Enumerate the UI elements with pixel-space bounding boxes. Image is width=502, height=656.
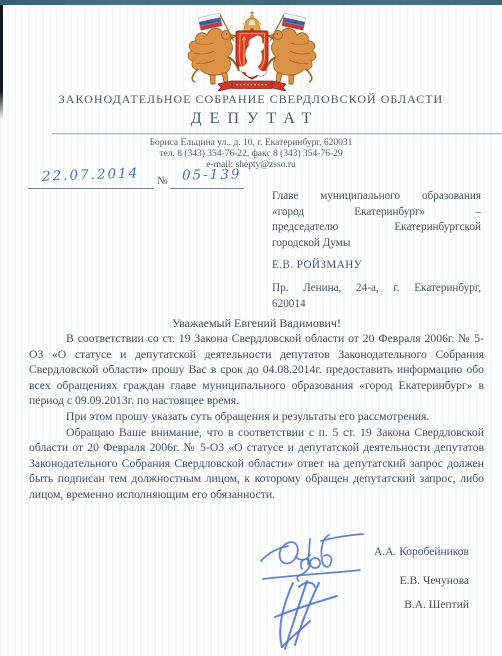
recipient-address-line: Пр. Ленина, 24-а, г. Екатеринбург, [272,281,481,297]
handwritten-signatures-icon [255,528,380,656]
date-handwritten: 22.07.2014 [42,165,140,184]
number-sign: № [157,175,168,187]
number-underline [170,188,244,189]
signatory-name: А.А. Коробейников [374,546,469,558]
recipient-line: городской Думы [272,236,481,252]
letter-body: Уважаемый Евгений Вадимович! В соответст… [29,308,484,503]
body-paragraph: Обращаю Ваше внимание, что в соответстви… [29,425,484,503]
letterhead-phone-fax: тел. 8 (343) 354-76-22, факс 8 (343) 354… [0,149,502,160]
letterhead-contacts: Бориса Ельцина ул., д. 10, г. Екатеринбу… [0,138,502,170]
recipient-line: председателю Екатеринбургской [272,220,481,236]
body-paragraph: При этом прошу указать суть обращения и … [29,409,484,425]
body-paragraph: В соответствии со ст. 19 Закона Свердлов… [29,331,484,409]
scan-edge-top [0,0,502,5]
scanned-letter-page: ЗАКОНОДАТЕЛЬНОЕ СОБРАНИЕ СВЕРДЛОВСКОЙ ОБ… [0,0,502,656]
number-handwritten: 05-139 [182,166,242,183]
deputy-title: ДЕПУТАТ [0,110,502,128]
crown-icon [243,11,261,33]
letterhead-divider [52,133,502,134]
recipient-line: «город Екатеринбург» – [272,205,481,221]
salutation: Уважаемый Евгений Вадимович! [29,316,484,331]
recipient-block: Главе муниципального образования «город … [272,189,481,312]
shield-icon [236,31,268,79]
org-title: ЗАКОНОДАТЕЛЬНОЕ СОБРАНИЕ СВЕРДЛОВСКОЙ ОБ… [0,92,502,107]
ribbon-icon [218,81,286,91]
coat-of-arms-icon [182,7,322,91]
recipient-name: Е.В. РОЙЗМАНУ [272,258,481,274]
date-underline [28,188,154,189]
recipient-line: Главе муниципального образования [272,189,481,205]
signatory-name: В.А. Шептий [404,599,469,611]
letterhead-address: Бориса Ельцина ул., д. 10, г. Екатеринбу… [0,138,502,149]
signatory-name: Е.В. Чечунова [400,575,469,587]
